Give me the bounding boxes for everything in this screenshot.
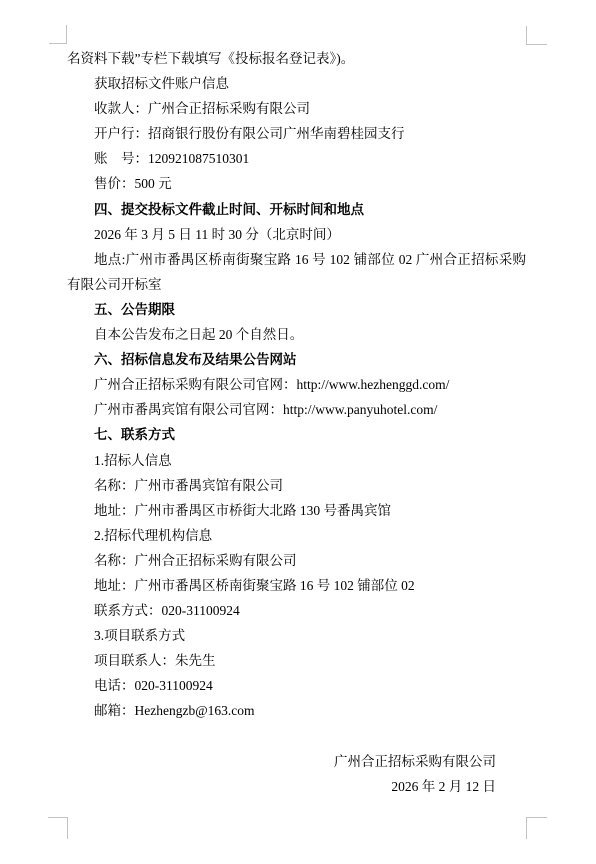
heading-section-6: 六、招标信息发布及结果公告网站	[67, 347, 526, 372]
heading-section-5: 五、公告期限	[67, 297, 526, 322]
para-bid-location: 地点:广州市番禺区桥南街聚宝路 16 号 102 铺部位 02 广州合正招标采购…	[67, 247, 526, 297]
document-page: 名资料下载”专栏下载填写《投标报名登记表》)。 获取招标文件账户信息 收款人：广…	[0, 0, 596, 864]
para-hezheng-website: 广州合正招标采购有限公司官网：http://www.hezhenggd.com/	[67, 372, 526, 397]
blank-line	[67, 724, 526, 749]
para-bid-deadline-time: 2026 年 3 月 5 日 11 时 30 分（北京时间）	[67, 222, 526, 247]
para-project-contact-label: 3.项目联系方式	[67, 623, 526, 648]
para-agency-info-label: 2.招标代理机构信息	[67, 523, 526, 548]
heading-section-4: 四、提交投标文件截止时间、开标时间和地点	[67, 197, 526, 222]
para-price: 售价：500 元	[67, 171, 526, 196]
para-account-number: 账 号：120921087510301	[67, 146, 526, 171]
para-account-info-title: 获取招标文件账户信息	[67, 71, 526, 96]
para-download-note: 名资料下载”专栏下载填写《投标报名登记表》)。	[67, 46, 526, 71]
para-tenderer-address: 地址：广州市番禺区市桥街大北路 130 号番禺宾馆	[67, 498, 526, 523]
para-announcement-period: 自本公告发布之日起 20 个自然日。	[67, 322, 526, 347]
heading-section-7: 七、联系方式	[67, 422, 526, 447]
document-body: 名资料下载”专栏下载填写《投标报名登记表》)。 获取招标文件账户信息 收款人：广…	[67, 46, 526, 799]
para-email: 邮箱：Hezhengzb@163.com	[67, 698, 526, 723]
para-agency-name: 名称：广州合正招标采购有限公司	[67, 548, 526, 573]
para-payee: 收款人：广州合正招标采购有限公司	[67, 96, 526, 121]
para-phone: 电话：020-31100924	[67, 673, 526, 698]
para-tenderer-info-label: 1.招标人信息	[67, 448, 526, 473]
crop-mark-top-left	[49, 25, 67, 44]
signature-date: 2026 年 2 月 12 日	[67, 774, 526, 799]
para-bank: 开户行：招商银行股份有限公司广州华南碧桂园支行	[67, 121, 526, 146]
para-project-contact-person: 项目联系人：朱先生	[67, 648, 526, 673]
para-tenderer-name: 名称：广州市番禺宾馆有限公司	[67, 473, 526, 498]
para-agency-address: 地址：广州市番禺区桥南街聚宝路 16 号 102 铺部位 02	[67, 573, 526, 598]
crop-mark-top-right	[526, 26, 547, 45]
crop-mark-bottom-left	[48, 817, 68, 839]
crop-mark-bottom-right	[526, 817, 547, 839]
para-panyu-website: 广州市番禺宾馆有限公司官网：http://www.panyuhotel.com/	[67, 397, 526, 422]
para-agency-phone: 联系方式：020-31100924	[67, 598, 526, 623]
signature-company: 广州合正招标采购有限公司	[67, 749, 526, 774]
